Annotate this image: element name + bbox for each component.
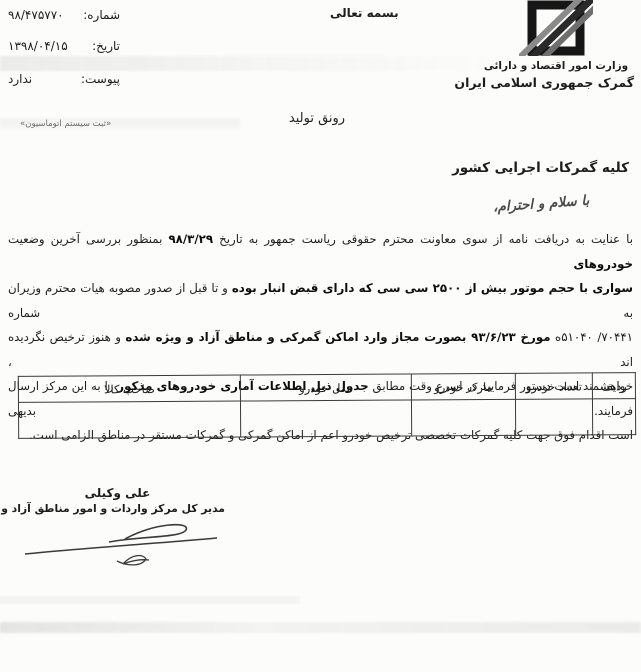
- customs-logo-icon: [519, 0, 593, 56]
- body-line: با عنایت به دریافت نامه از سوی معاونت مح…: [8, 227, 633, 276]
- letter-meta: شماره: ۹۸/۴۷۵۷۷۰ تاریخ: ۱۳۹۸/۰۴/۱۵ پیوست…: [8, 8, 120, 86]
- body-segment: سواری با حجم موتور بیش از ۲۵۰۰ سی سی که …: [232, 281, 633, 295]
- organization-name: گمرک جمهوری اسلامی ایران: [478, 75, 634, 90]
- year-slogan: رونق تولید: [252, 111, 382, 126]
- scan-artifact: [0, 596, 300, 604]
- date-value: ۱۳۹۸/۰۴/۱۵: [8, 39, 68, 53]
- body-segment: با عنایت به دریافت نامه از سوی معاونت مح…: [213, 232, 633, 246]
- signature-block: علی وکیلی مدیر کل مرکز واردات و امور منا…: [10, 486, 225, 569]
- table-empty-cell: [411, 399, 515, 436]
- signature-icon: [13, 517, 223, 569]
- attachment-label: پیوست:: [81, 72, 120, 86]
- date-label: تاریخ:: [92, 39, 120, 53]
- ministry-name: وزارت امور اقتصاد و دارائی: [478, 60, 634, 72]
- body-segment: خودروهای: [574, 257, 634, 271]
- signer-name: علی وکیلی: [10, 486, 225, 500]
- letter-date-row: تاریخ: ۱۳۹۸/۰۴/۱۵: [8, 39, 120, 53]
- body-segment: بمنظور بررسی آخرین وضعیت: [8, 232, 168, 246]
- body-line: سواری با حجم موتور بیش از ۲۵۰۰ سی سی که …: [8, 276, 633, 325]
- table-empty-row: [18, 399, 635, 439]
- body-segment: ۷۰۴۴۱/ ۵۱۰۴۰ه: [551, 330, 633, 344]
- scan-artifact: [0, 622, 641, 633]
- letter-page: شماره: ۹۸/۴۷۵۷۷۰ تاریخ: ۱۳۹۸/۰۴/۱۵ پیوست…: [0, 0, 641, 672]
- table-header-cell: تعداد خودرو: [515, 373, 592, 399]
- attachment-value: ندارد: [8, 72, 32, 86]
- number-value: ۹۸/۴۷۵۷۷۰: [8, 8, 64, 22]
- table-empty-cell: [592, 399, 635, 435]
- letterhead: وزارت امور اقتصاد و دارائی گمرک جمهوری ا…: [478, 0, 634, 90]
- table-empty-cell: [515, 399, 592, 435]
- automation-stamp: «ثبت سیستم اتوماسیون»: [20, 119, 111, 129]
- table-header-cell: ردیف: [592, 373, 635, 399]
- bismillah-text: بسمه تعالی: [330, 6, 399, 20]
- letter-number-row: شماره: ۹۸/۴۷۵۷۷۰: [8, 8, 120, 22]
- table-header-row: ردیفتعداد خودرومارک خودرومدل خودروصاحب ک…: [18, 373, 635, 403]
- table-header-cell: صاحب کالا: [18, 375, 240, 402]
- table-empty-cell: [18, 401, 240, 438]
- salutation-handwriting: با سلام و احترام،: [492, 193, 589, 216]
- vehicles-table: ردیفتعداد خودرومارک خودرومدل خودروصاحب ک…: [18, 372, 636, 439]
- letter-attachment-row: پیوست: ندارد: [8, 72, 120, 86]
- table-header-cell: مارک خودرو: [411, 373, 515, 400]
- recipient-heading: کلیه گمرکات اجرایی کشور: [452, 160, 629, 176]
- body-line: ۷۰۴۴۱/ ۵۱۰۴۰ه مورخ ۹۳/۶/۲۳ بصورت مجاز وا…: [8, 325, 633, 374]
- body-segment: مورخ ۹۳/۶/۲۳ بصورت مجاز وارد اماکن گمرکی…: [125, 330, 550, 344]
- table-header-cell: مدل خودرو: [240, 374, 411, 401]
- signer-title: مدیر کل مرکز واردات و امور مناطق آزاد و …: [10, 502, 225, 515]
- table-empty-cell: [240, 400, 411, 437]
- body-segment: ۹۸/۳/۲۹: [168, 232, 213, 246]
- number-label: شماره:: [83, 8, 120, 22]
